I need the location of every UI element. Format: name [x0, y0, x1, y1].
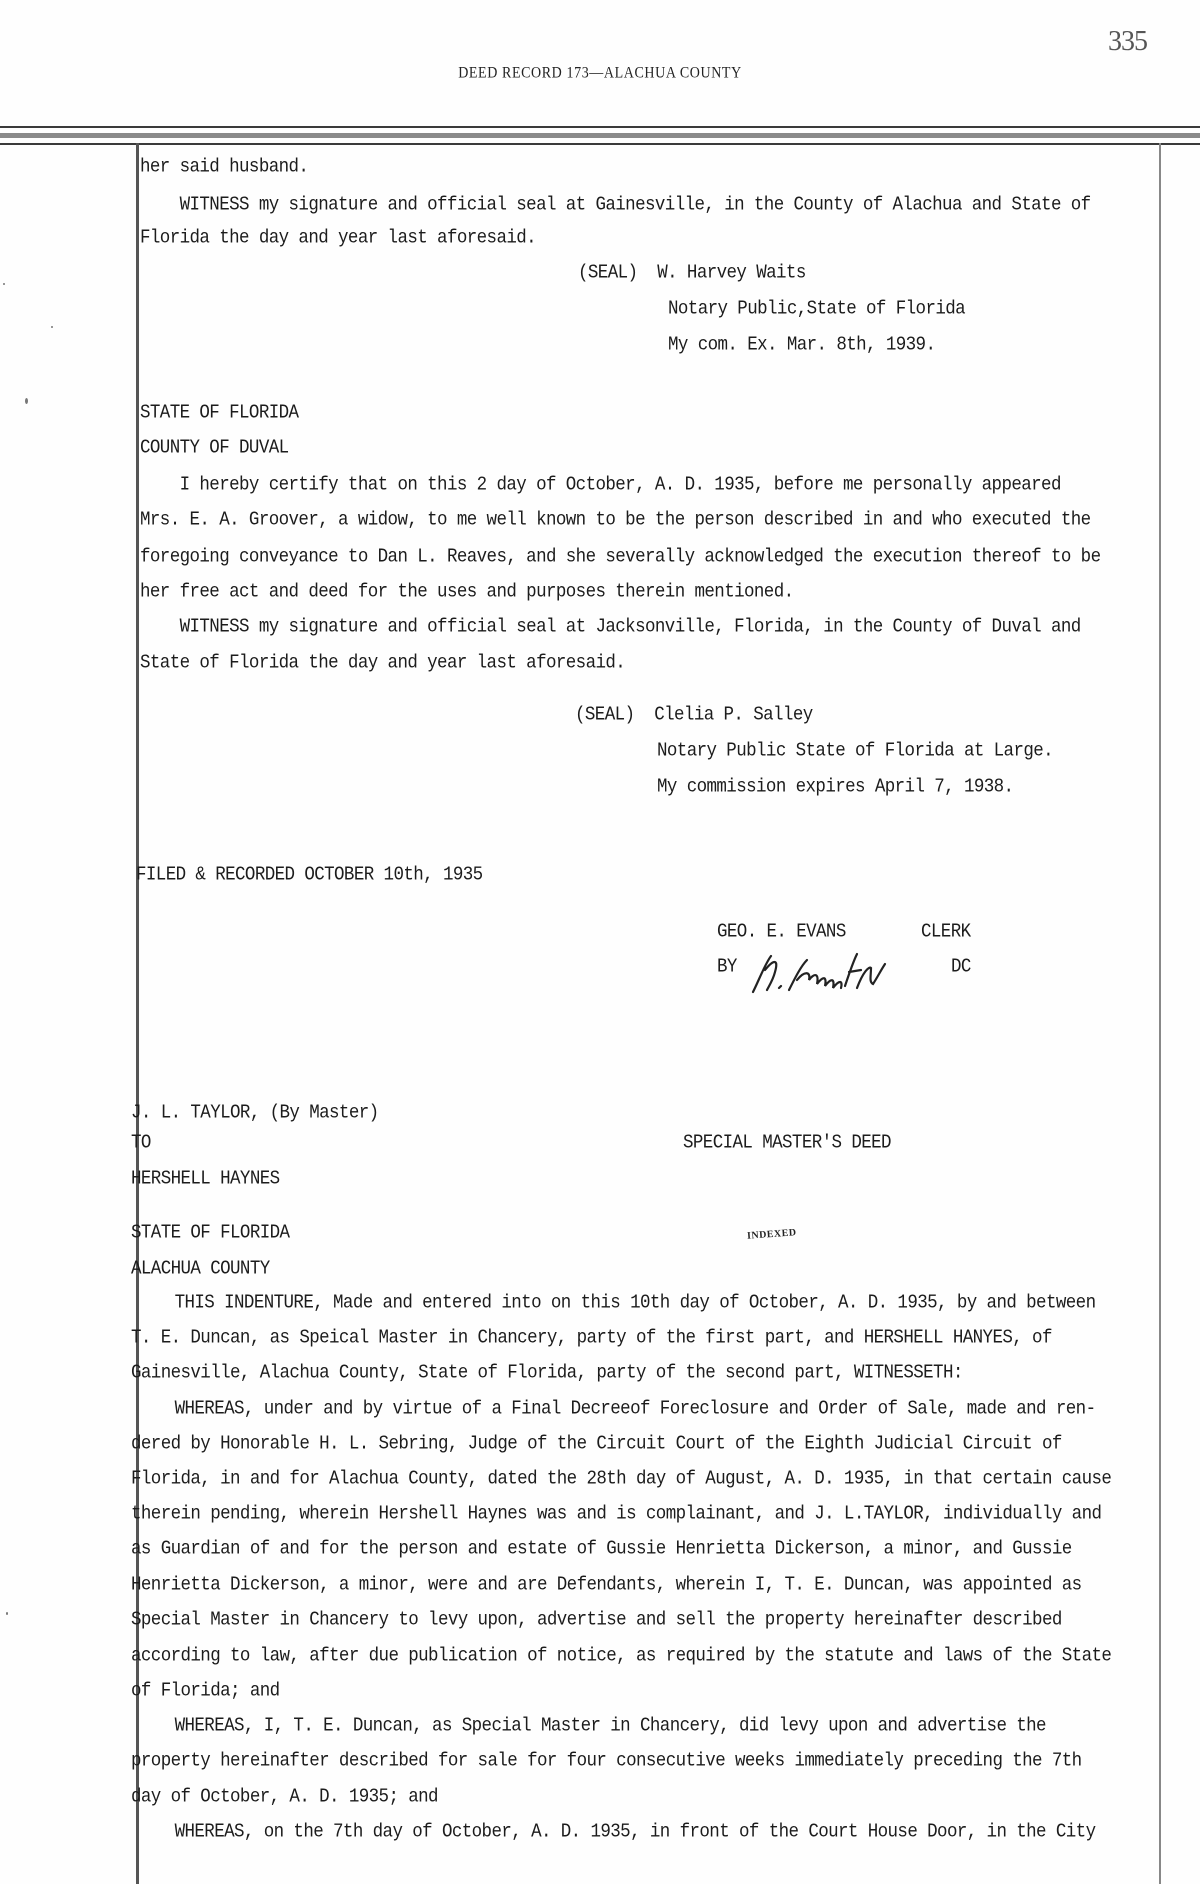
text-line: Special Master in Chancery to levy upon,…: [131, 1609, 1062, 1631]
text-line: Notary Public State of Florida at Large.: [657, 740, 1053, 762]
text-line: SPECIAL MASTER'S DEED: [683, 1132, 891, 1154]
text-line: Florida, in and for Alachua County, date…: [131, 1468, 1111, 1490]
right-margin-rule: [1159, 143, 1161, 1884]
text-line: day of October, A. D. 1935; and: [131, 1786, 438, 1808]
text-line: foregoing conveyance to Dan L. Reaves, a…: [140, 546, 1100, 568]
text-line: TO: [131, 1132, 151, 1154]
text-line: her said husband.: [140, 156, 308, 178]
header-rule-bottom: [0, 143, 1200, 145]
text-line: WHEREAS, under and by virtue of a Final …: [135, 1398, 1095, 1420]
text-line: Gainesville, Alachua County, State of Fl…: [131, 1362, 963, 1384]
text-line: COUNTY OF DUVAL: [140, 437, 289, 459]
header-rule-top: [0, 126, 1200, 128]
text-line: My commission expires April 7, 1938.: [657, 776, 1013, 798]
text-line: STATE OF FLORIDA: [131, 1222, 289, 1244]
text-line: THIS INDENTURE, Made and entered into on…: [135, 1292, 1095, 1314]
text-line: therein pending, wherein Hershell Haynes…: [131, 1503, 1101, 1525]
text-line: State of Florida the day and year last a…: [140, 652, 625, 674]
text-line: FILED & RECORDED OCTOBER 10th, 1935: [136, 864, 483, 886]
text-line: WITNESS my signature and official seal a…: [140, 616, 1081, 638]
text-line: property hereinafter described for sale …: [131, 1750, 1082, 1772]
text-line: dered by Honorable H. L. Sebring, Judge …: [131, 1433, 1062, 1455]
text-line: DC: [951, 956, 971, 978]
text-line: according to law, after due publication …: [131, 1645, 1111, 1667]
scan-speck: [25, 398, 28, 404]
text-line: T. E. Duncan, as Speical Master in Chanc…: [131, 1327, 1052, 1349]
scan-speck: [6, 1612, 8, 1615]
text-line: her free act and deed for the uses and p…: [140, 581, 794, 603]
text-line: of Florida; and: [131, 1680, 280, 1702]
page-number: 335: [1108, 26, 1147, 58]
text-line: Notary Public,State of Florida: [668, 298, 965, 320]
text-line: Henrietta Dickerson, a minor, were and a…: [131, 1574, 1082, 1596]
header-rule-middle: [0, 133, 1200, 138]
text-line: as Guardian of and for the person and es…: [131, 1538, 1072, 1560]
text-line: ALACHUA COUNTY: [131, 1258, 270, 1280]
handwritten-signature: [745, 950, 895, 998]
text-line: I hereby certify that on this 2 day of O…: [140, 474, 1061, 496]
text-line: GEO. E. EVANS: [717, 921, 846, 943]
scan-speck: [51, 326, 53, 328]
text-line: J. L. TAYLOR, (By Master): [131, 1102, 379, 1124]
text-line: My com. Ex. Mar. 8th, 1939.: [668, 334, 935, 356]
scan-speck: [3, 283, 5, 285]
indexed-stamp: INDEXED: [747, 1227, 797, 1241]
text-line: BY: [717, 956, 737, 978]
text-line: WITNESS my signature and official seal a…: [140, 194, 1091, 216]
running-head: DEED RECORD 173—ALACHUA COUNTY: [0, 65, 1200, 83]
text-line: STATE OF FLORIDA: [140, 402, 298, 424]
text-line: CLERK: [921, 921, 971, 943]
text-line: WHEREAS, on the 7th day of October, A. D…: [135, 1821, 1095, 1843]
text-line: WHEREAS, I, T. E. Duncan, as Special Mas…: [135, 1715, 1046, 1737]
text-line: Mrs. E. A. Groover, a widow, to me well …: [140, 509, 1091, 531]
deed-record-page: 335 DEED RECORD 173—ALACHUA COUNTY her s…: [0, 0, 1200, 1884]
text-line: (SEAL) W. Harvey Waits: [578, 262, 806, 284]
text-line: Florida the day and year last aforesaid.: [140, 227, 536, 249]
text-line: HERSHELL HAYNES: [131, 1168, 280, 1190]
text-line: (SEAL) Clelia P. Salley: [575, 704, 813, 726]
